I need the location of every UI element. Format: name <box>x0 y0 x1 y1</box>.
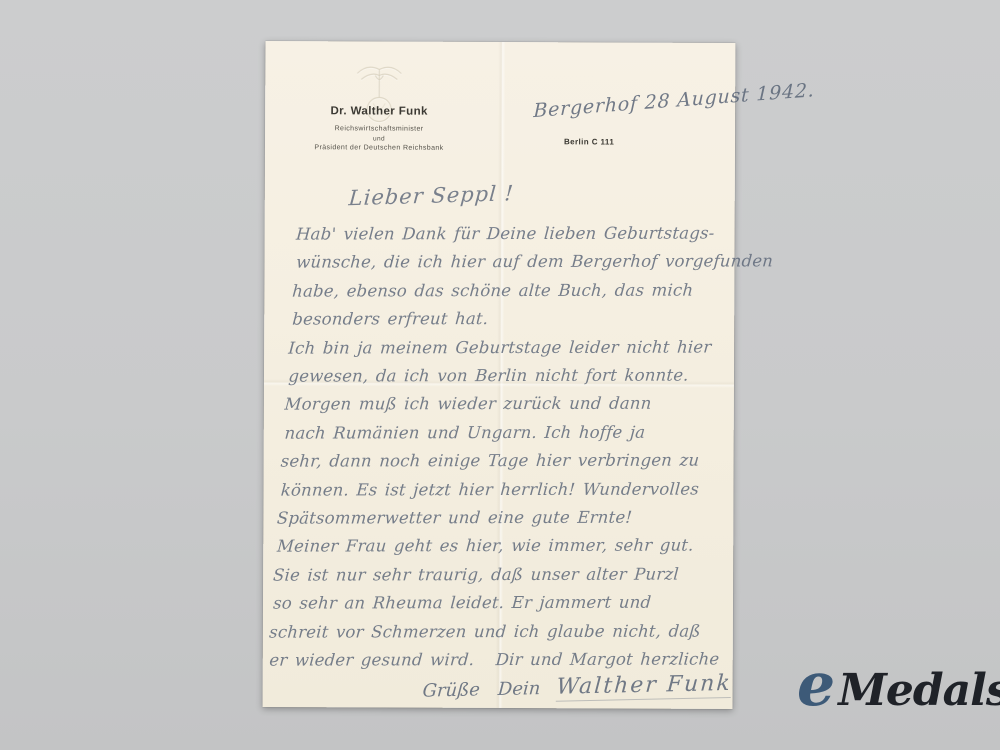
handwriting-line: er wieder gesund wird. Dir und Margot he… <box>268 646 720 676</box>
signature-row: Grüße Dein Walther Funk <box>422 671 730 705</box>
handwriting-line: Hab' vielen Dank für Deine lieben Geburt… <box>295 219 749 249</box>
signature: Walther Funk <box>555 671 732 702</box>
emedals-logo-text: Medals <box>838 661 1000 721</box>
handwriting-line: Spätsommerwetter und eine gute Ernte! <box>276 504 730 534</box>
handwriting-line: Meiner Frau geht es hier, wie immer, seh… <box>276 532 728 562</box>
letterhead-city-line: Berlin C 111 <box>564 137 614 146</box>
handwriting-line: Sie ist nur sehr traurig, daß unser alte… <box>272 560 726 590</box>
handwriting-line: Morgen muß ich wieder zurück und dann <box>284 390 738 420</box>
salutation: Lieber Seppl ! <box>348 181 515 210</box>
handwriting-line: besonders erfreut hat. <box>291 305 743 335</box>
closing-word-dein: Dein <box>497 678 541 700</box>
letterhead: Dr. Walther Funk Reichswirtschaftsminist… <box>283 105 475 153</box>
handwriting-line: können. Es ist jetzt hier herrlich! Wund… <box>280 475 732 505</box>
letterhead-title-3: Präsident der Deutschen Reichsbank <box>283 143 475 153</box>
handwriting-line: nach Rumänien und Ungarn. Ich hoffe ja <box>284 418 736 448</box>
handwriting-line: wünsche, die ich hier auf dem Bergerhof … <box>295 248 747 278</box>
handwriting-line: so sehr an Rheuma leidet. Er jammert und <box>272 589 724 619</box>
handwriting-line: gewesen, da ich von Berlin nicht fort ko… <box>288 361 740 391</box>
letterhead-name: Dr. Walther Funk <box>283 105 475 118</box>
handwriting-line: habe, ebenso das schöne alte Buch, das m… <box>291 276 745 306</box>
handwriting-line: sehr, dann noch einige Tage hier verbrin… <box>280 447 734 477</box>
closing-word-gruesse: Grüße <box>422 679 481 701</box>
emedals-logo: e Medals <box>797 655 1000 721</box>
body-last-words: er wieder gesund wird. <box>268 646 475 675</box>
emedals-logo-e: e <box>797 655 835 715</box>
handwriting-line: Ich bin ja meinem Geburtstage leider nic… <box>287 333 741 363</box>
closing-phrase: Dir und Margot herzliche <box>495 646 721 675</box>
handwritten-dateline: Bergerhof 28 August 1942. <box>533 79 815 122</box>
handwriting-line: schreit vor Schmerzen und ich glaube nic… <box>268 617 722 647</box>
photo-background: Dr. Walther Funk Reichswirtschaftsminist… <box>0 0 1000 750</box>
letter-document: Dr. Walther Funk Reichswirtschaftsminist… <box>263 41 736 709</box>
letter-body: Hab' vielen Dank für Deine lieben Geburt… <box>266 219 749 675</box>
